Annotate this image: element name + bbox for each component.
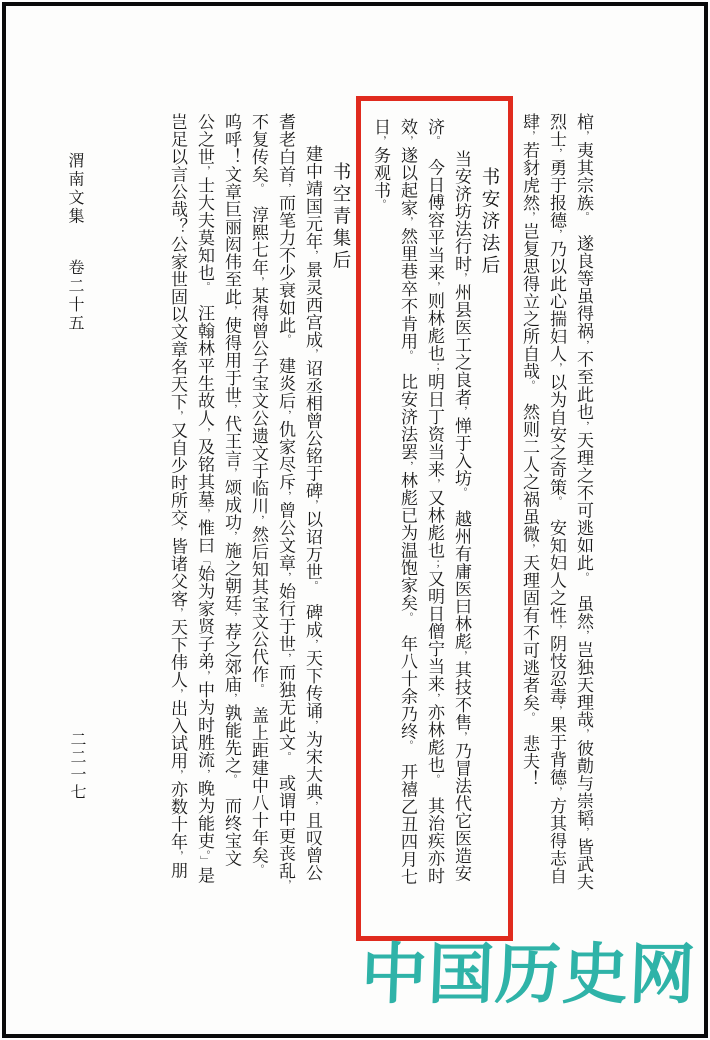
text-column: 不复传矣。 淳熙七年，某得曾公子宝文公遗文于临川，然后知其宝文公代作。 盖上距建… [248,96,269,941]
text-column: 公之世，士大夫莫知也。 汪翰林平生故人，及铭其墓，惟曰「始为家贤子弟，中为时胜流… [194,96,215,941]
highlight-box: 书安济法后当安济坊法行时，州县医工之良者，惮于入坊。 越州有庸医曰林彪，其技不售… [356,96,513,941]
text-column: 日，务观书。 [370,101,391,936]
text-column: 效，遂以起家，然里巷卒不肯用。 比安济法罢，林彪已为温饱家矣。 年八十余乃终。 … [397,101,418,936]
text-column: 烈士，勇于报德，乃以此心揣妇人，以为自安之奇策。 安知妇人之性，阴忮忍毒，果于背… [546,96,567,941]
book-title: 渭南文集 [66,152,83,226]
text-column: 当安济坊法行时，州县医工之良者，惮于入坊。 越州有庸医曰林彪，其技不售，乃冒法代… [451,101,472,936]
text-column: 建中靖国元年，景灵西宫成，诏丞相曾公铭于碑，以诏万世。 碑成，天下传诵，为宋大典… [302,96,323,941]
text-column: 棺，夷其宗族。 遂良等虽得祸，不至此也，天理之不可逃如此。 虽然，岂独天理哉，彼… [573,96,594,941]
text-column: 肆，若豺虎然，岂复思得立之所自哉。 然则二人之祸虽微，天理固有不可逃者矣。 悲夫… [519,96,540,941]
text-column: 济。 今日傅容平当来，则林彪也；明日丁资当来，又林彪也；又明日僧宁当来，亦林彪也… [424,101,445,936]
section-title-column: 书安济法后 [478,101,499,936]
running-header: 渭南文集 卷二十五 [63,152,86,572]
volume-label: 卷二十五 [66,259,83,333]
main-text: 棺，夷其宗族。 遂良等虽得祸，不至此也，天理之不可逃如此。 虽然，岂独天理哉，彼… [161,96,600,941]
watermark-text: 中国历史网 [360,942,697,1008]
text-column: 呜呼！文章巨丽闳伟至此，使得用于世，代王言，颂成功，施之朝廷，荐之郊庙，孰能先之… [221,96,242,941]
text-column: 耆老白首，而笔力不少衰如此。 建炎后，仇家尽斥，曾公文章，始行于世，而独无此文。… [275,96,296,941]
text-column: 岂足以言公哉？公家世固以文章名天下，又自少时所交，皆诸父客，天下伟人，出入试用，… [167,96,188,941]
section-title-column: 书空青集后 [329,96,350,941]
page-number: 二二一七 [65,731,88,851]
